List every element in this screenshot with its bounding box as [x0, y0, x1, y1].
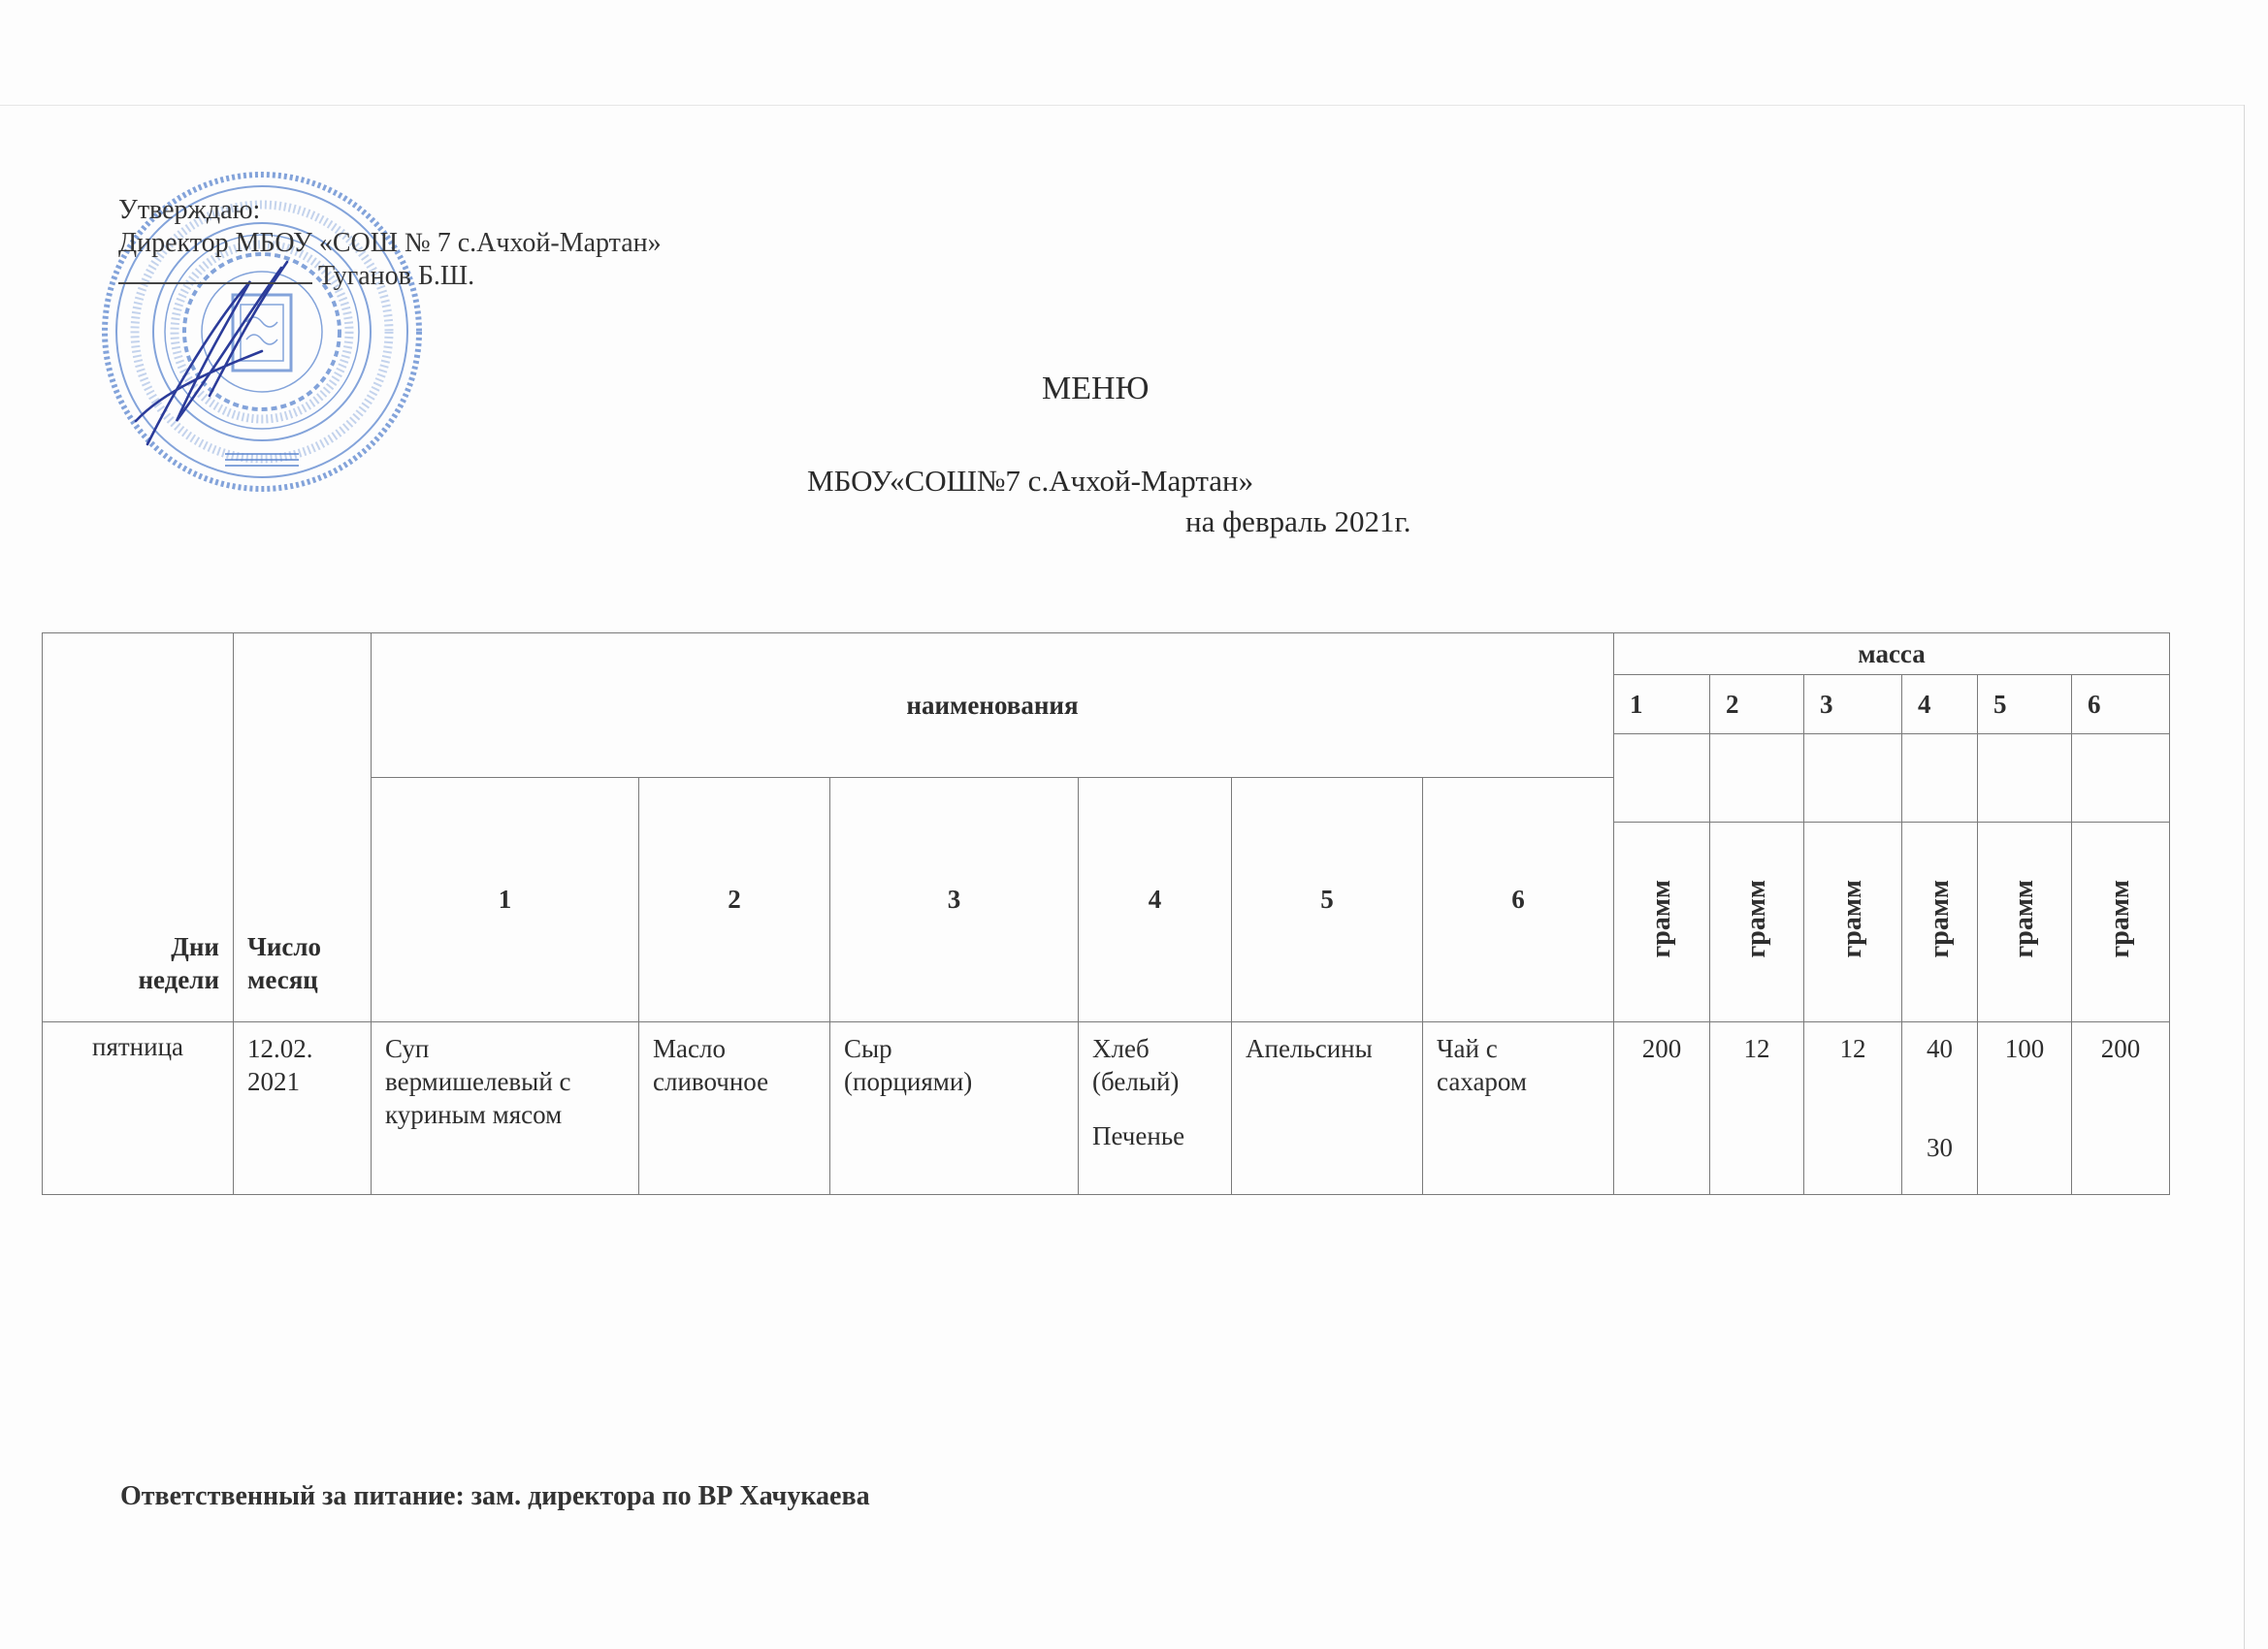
header-date-line2: месяц — [247, 963, 371, 996]
mass-col-4: 4 — [1902, 675, 1978, 734]
header-day-line2: недели — [43, 963, 219, 996]
header-mass: масса — [1614, 633, 2170, 675]
dish-line: Чай с — [1437, 1032, 1613, 1065]
weight-4: 40 30 — [1902, 1022, 1978, 1195]
dish-4: Хлеб (белый) Печенье — [1079, 1022, 1232, 1195]
dish-1: Суп вермишелевый с куриным мясом — [372, 1022, 639, 1195]
unit-label: грамм — [1925, 880, 1956, 957]
weight-line: 40 — [1902, 1032, 1977, 1065]
dish-line: Сыр — [844, 1032, 1078, 1065]
approval-signer: Туганов Б.Ш. — [118, 260, 662, 293]
page-edge — [2244, 105, 2245, 1649]
date-line: 2021 — [247, 1065, 371, 1098]
unit-label: грамм — [1741, 880, 1772, 957]
dish-line: сахаром — [1437, 1065, 1613, 1098]
unit-cell: грамм — [1978, 823, 2072, 1022]
mass-empty-cell — [1804, 734, 1902, 823]
unit-cell: грамм — [1710, 823, 1804, 1022]
weight-5: 100 — [1978, 1022, 2072, 1195]
dish-6: Чай с сахаром — [1423, 1022, 1614, 1195]
mass-empty-cell — [2072, 734, 2170, 823]
unit-label: грамм — [1646, 880, 1677, 957]
weight-3: 12 — [1804, 1022, 1902, 1195]
dish-line: сливочное — [653, 1065, 829, 1098]
dish-line: Масло — [653, 1032, 829, 1065]
mass-empty-cell — [1614, 734, 1710, 823]
organization-name: МБОУ«СОШ№7 с.Ачхой-Мартан» — [807, 464, 1253, 499]
dish-5: Апельсины — [1232, 1022, 1423, 1195]
weight-6: 200 — [2072, 1022, 2170, 1195]
approval-block: Утверждаю: Директор МБОУ «СОШ № 7 с.Ачхо… — [118, 194, 662, 293]
row-date: 12.02. 2021 — [234, 1022, 372, 1195]
dish-2: Масло сливочное — [639, 1022, 830, 1195]
mass-col-1: 1 — [1614, 675, 1710, 734]
name-col-2: 2 — [639, 778, 830, 1022]
name-col-3: 3 — [830, 778, 1079, 1022]
unit-label: грамм — [1837, 880, 1868, 957]
row-day: пятница — [43, 1022, 234, 1195]
signer-name: Туганов Б.Ш. — [318, 261, 474, 291]
header-date-line1: Число — [247, 930, 371, 963]
approval-label: Утверждаю: — [118, 194, 662, 227]
dish-line: Суп — [385, 1032, 638, 1065]
unit-label: грамм — [2105, 880, 2136, 957]
name-col-4: 4 — [1079, 778, 1232, 1022]
header-day-of-week: Дни недели — [43, 633, 234, 1022]
mass-col-5: 5 — [1978, 675, 2072, 734]
page-edge — [0, 105, 2245, 106]
name-col-5: 5 — [1232, 778, 1423, 1022]
signature-line — [118, 282, 312, 284]
spacer — [1092, 1098, 1231, 1119]
unit-label: грамм — [2009, 880, 2040, 957]
dish-line: куриным мясом — [385, 1098, 638, 1131]
menu-period: на февраль 2021г. — [1185, 504, 1410, 539]
dish-3: Сыр (порциями) — [830, 1022, 1079, 1195]
mass-col-3: 3 — [1804, 675, 1902, 734]
responsible-person: Ответственный за питание: зам. директора… — [120, 1481, 870, 1512]
weight-line: 30 — [1902, 1131, 1977, 1164]
table-row: пятница 12.02. 2021 Суп вермишелевый с к… — [43, 1022, 2170, 1195]
dish-line: (порциями) — [844, 1065, 1078, 1098]
name-col-1: 1 — [372, 778, 639, 1022]
spacer — [1902, 1065, 1977, 1131]
dish-line: вермишелевый с — [385, 1065, 638, 1098]
dish-line: Хлеб — [1092, 1032, 1231, 1065]
approval-position: Директор МБОУ «СОШ № 7 с.Ачхой-Мартан» — [118, 227, 662, 260]
mass-col-6: 6 — [2072, 675, 2170, 734]
dish-line: Апельсины — [1246, 1032, 1422, 1065]
header-date: Число месяц — [234, 633, 372, 1022]
page-title: МЕНЮ — [1042, 371, 1150, 407]
unit-cell: грамм — [1614, 823, 1710, 1022]
header-day-line1: Дни — [43, 930, 219, 963]
header-names: наименования — [372, 633, 1614, 778]
name-col-6: 6 — [1423, 778, 1614, 1022]
weight-1: 200 — [1614, 1022, 1710, 1195]
mass-empty-cell — [1978, 734, 2072, 823]
dish-line: Печенье — [1092, 1119, 1231, 1152]
menu-table: Дни недели Число месяц наименования масс… — [42, 632, 2170, 1195]
unit-cell: грамм — [1902, 823, 1978, 1022]
mass-empty-cell — [1902, 734, 1978, 823]
weight-2: 12 — [1710, 1022, 1804, 1195]
mass-empty-cell — [1710, 734, 1804, 823]
unit-cell: грамм — [2072, 823, 2170, 1022]
unit-cell: грамм — [1804, 823, 1902, 1022]
mass-col-2: 2 — [1710, 675, 1804, 734]
date-line: 12.02. — [247, 1032, 371, 1065]
dish-line: (белый) — [1092, 1065, 1231, 1098]
